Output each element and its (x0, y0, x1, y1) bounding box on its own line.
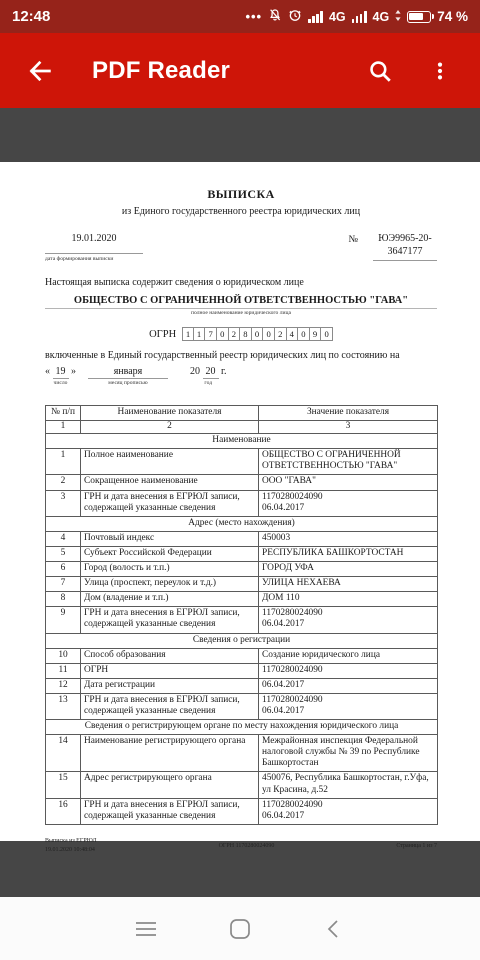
indicator-value: 450003 (259, 531, 438, 546)
year-group: 20 20 г. год (190, 366, 226, 386)
document-subtitle: из Единого государственного реестра юрид… (45, 206, 437, 217)
extract-number-block: № ЮЭ9965-20-3647177 (348, 233, 437, 261)
row-number: 9 (46, 607, 81, 633)
table-row: 12Дата регистрации06.04.2017 (46, 678, 438, 693)
pdf-page: ВЫПИСКА из Единого государственного реес… (0, 162, 480, 841)
indicator-value: 1170280024090 06.04.2017 (259, 490, 438, 516)
indicator-name: ГРН и дата внесения в ЕГРЮЛ записи, соде… (81, 607, 259, 633)
overflow-menu-button[interactable] (422, 53, 458, 89)
home-icon (228, 917, 252, 941)
indicator-name: Город (волость и т.п.) (81, 562, 259, 577)
search-button[interactable] (362, 53, 398, 89)
month-group: января месяц прописью (88, 366, 168, 386)
network-type-label: 4G (329, 10, 346, 24)
extract-number: ЮЭ9965-20-3647177 (373, 233, 437, 261)
row-number: 8 (46, 592, 81, 607)
egrul-table: № п/п Наименование показателя Значение п… (45, 405, 438, 825)
column-header: Наименование показателя (81, 406, 259, 421)
row-number: 7 (46, 577, 81, 592)
table-row: 6Город (волость и т.п.)ГОРОД УФА (46, 562, 438, 577)
indicator-name: Сокращенное наименование (81, 475, 259, 490)
column-header: № п/п (46, 406, 81, 421)
table-header-row: № п/п Наименование показателя Значение п… (46, 406, 438, 421)
ogrn-digit-box: 0 (252, 327, 264, 341)
table-column-numbers-row: 1 2 3 (46, 421, 438, 434)
signal-bars-icon (352, 11, 367, 23)
indicator-value: 06.04.2017 (259, 678, 438, 693)
column-header: Значение показателя (259, 406, 438, 421)
table-row: 8Дом (владение и т.п.)ДОМ 110 (46, 592, 438, 607)
back-button[interactable] (22, 53, 58, 89)
indicator-name: Почтовый индекс (81, 531, 259, 546)
indicator-value: ООО "ГАВА" (259, 475, 438, 490)
included-text: включенные в Единый государственный реес… (45, 350, 437, 361)
year-value: 20 (203, 366, 219, 379)
column-number: 2 (81, 421, 259, 434)
row-number: 6 (46, 562, 81, 577)
egrul-table-body: Наименование1Полное наименованиеОБЩЕСТВО… (46, 434, 438, 825)
month-label: месяц прописью (88, 380, 168, 386)
section-title: Сведения о регистрации (46, 633, 438, 648)
row-number: 3 (46, 490, 81, 516)
table-row: 10Способ образованияСоздание юридическог… (46, 648, 438, 663)
section-title: Адрес (место нахождения) (46, 516, 438, 531)
battery-icon (407, 11, 431, 23)
row-number: 15 (46, 772, 81, 798)
search-icon (367, 58, 393, 84)
indicator-value: 1170280024090 06.04.2017 (259, 693, 438, 719)
indicator-value: Межрайонная инспекция Федеральной налого… (259, 735, 438, 772)
indicator-value: ДОМ 110 (259, 592, 438, 607)
table-row: 2Сокращенное наименованиеООО "ГАВА" (46, 475, 438, 490)
ogrn-digit-box: 1 (194, 327, 206, 341)
ogrn-digit-box: 0 (321, 327, 333, 341)
back-arrow-icon (26, 57, 54, 85)
table-row: 9ГРН и дата внесения в ЕГРЮЛ записи, сод… (46, 607, 438, 633)
indicator-name: Улица (проспект, переулок и т.д.) (81, 577, 259, 592)
status-icons: ••• 4G 4G 74 % (245, 8, 468, 26)
indicator-value: 1170280024090 06.04.2017 (259, 798, 438, 824)
indicator-name: Субъект Российской Федерации (81, 546, 259, 561)
phone-screen: 12:48 ••• 4G 4G 74 % PDF Reader (0, 0, 480, 960)
table-row: 16ГРН и дата внесения в ЕГРЮЛ записи, со… (46, 798, 438, 824)
row-number: 16 (46, 798, 81, 824)
row-number: 1 (46, 449, 81, 475)
indicator-name: Способ образования (81, 648, 259, 663)
bell-muted-icon (268, 8, 282, 26)
footer-ogrn: ОГРН 1170280024090 (219, 843, 275, 849)
row-number: 4 (46, 531, 81, 546)
company-name: ОБЩЕСТВО С ОГРАНИЧЕННОЙ ОТВЕТСТВЕННОСТЬЮ… (45, 295, 437, 309)
ogrn-digit-box: 1 (182, 327, 194, 341)
nav-back-icon (322, 917, 346, 941)
indicator-value: УЛИЦА НЕХАЕВА (259, 577, 438, 592)
extract-date-block: 19.01.2020 дата формирования выписки (45, 233, 143, 262)
signal-bars-icon (308, 11, 323, 23)
section-title: Наименование (46, 434, 438, 449)
indicator-name: ГРН и дата внесения в ЕГРЮЛ записи, соде… (81, 798, 259, 824)
nav-back-button[interactable] (319, 914, 349, 944)
indicator-name: ГРН и дата внесения в ЕГРЮЛ записи, соде… (81, 490, 259, 516)
table-row: 11ОГРН1170280024090 (46, 663, 438, 678)
indicator-name: Дом (владение и т.п.) (81, 592, 259, 607)
extract-date: 19.01.2020 (45, 233, 143, 254)
indicator-name: Наименование регистрирующего органа (81, 735, 259, 772)
ogrn-row: ОГРН 1170280024090 (45, 327, 437, 341)
year-label: год (190, 380, 226, 386)
table-row: 14Наименование регистрирующего органаМеж… (46, 735, 438, 772)
ogrn-digit-box: 0 (217, 327, 229, 341)
ogrn-digit-box: 2 (229, 327, 241, 341)
table-row: 5Субъект Российской ФедерацииРЕСПУБЛИКА … (46, 546, 438, 561)
battery-percent: 74 % (437, 9, 468, 24)
month-value: января (88, 366, 168, 379)
column-number: 3 (259, 421, 438, 434)
table-row: 4Почтовый индекс450003 (46, 531, 438, 546)
indicator-value: 450076, Республика Башкортостан, г.Уфа, … (259, 772, 438, 798)
footer-page-number: Страница 1 из 7 (396, 843, 437, 849)
home-button[interactable] (225, 914, 255, 944)
ogrn-label: ОГРН (149, 329, 176, 340)
android-nav-bar (0, 897, 480, 960)
table-row: 3ГРН и дата внесения в ЕГРЮЛ записи, сод… (46, 490, 438, 516)
footer-left: Выписка из ЕГРЮЛ 19.01.2020 10:48:04 (45, 837, 97, 855)
indicator-value: Создание юридического лица (259, 648, 438, 663)
day-label: число (45, 380, 76, 386)
ogrn-digit-box: 8 (240, 327, 252, 341)
pdf-viewer[interactable]: ВЫПИСКА из Единого государственного реес… (0, 108, 480, 897)
ogrn-digit-box: 7 (205, 327, 217, 341)
indicator-value: 1170280024090 (259, 663, 438, 678)
indicator-value: 1170280024090 06.04.2017 (259, 607, 438, 633)
table-row: 15Адрес регистрирующего органа450076, Ре… (46, 772, 438, 798)
recents-menu-icon (134, 917, 158, 941)
section-title: Сведения о регистрирующем органе по мест… (46, 720, 438, 735)
indicator-value: РЕСПУБЛИКА БАШКОРТОСТАН (259, 546, 438, 561)
alarm-icon (288, 8, 302, 26)
row-number: 5 (46, 546, 81, 561)
ogrn-boxes: 1170280024090 (182, 327, 333, 341)
extract-date-label: дата формирования выписки (45, 256, 143, 262)
recents-button[interactable] (131, 914, 161, 944)
ogrn-digit-box: 0 (298, 327, 310, 341)
ogrn-digit-box: 4 (287, 327, 299, 341)
indicator-value: ГОРОД УФА (259, 562, 438, 577)
data-activity-icon (395, 8, 401, 25)
network-type-label: 4G (373, 10, 390, 24)
row-number: 2 (46, 475, 81, 490)
document-title: ВЫПИСКА (45, 162, 437, 202)
intro-text: Настоящая выписка содержит сведения о юр… (45, 277, 437, 288)
footer-doc-type: Выписка из ЕГРЮЛ (45, 837, 97, 846)
row-number: 11 (46, 663, 81, 678)
footer-timestamp: 19.01.2020 10:48:04 (45, 846, 97, 855)
company-name-label: полное наименование юридического лица (45, 310, 437, 316)
number-sign: № (348, 233, 358, 245)
table-section-row: Адрес (место нахождения) (46, 516, 438, 531)
table-row: 13ГРН и дата внесения в ЕГРЮЛ записи, со… (46, 693, 438, 719)
status-bar: 12:48 ••• 4G 4G 74 % (0, 0, 480, 33)
date-number-row: 19.01.2020 дата формирования выписки № Ю… (45, 233, 437, 262)
indicator-name: ОГРН (81, 663, 259, 678)
as-of-date-row: « 19 » число января месяц прописью 20 20… (45, 366, 437, 386)
day-value: 19 (53, 366, 69, 379)
page-footer: Выписка из ЕГРЮЛ 19.01.2020 10:48:04 ОГР… (45, 837, 437, 855)
indicator-name: Адрес регистрирующего органа (81, 772, 259, 798)
table-row: 7Улица (проспект, переулок и т.д.)УЛИЦА … (46, 577, 438, 592)
overflow-menu-icon (429, 60, 451, 82)
app-bar: PDF Reader (0, 33, 480, 108)
table-section-row: Сведения о регистрирующем органе по мест… (46, 720, 438, 735)
row-number: 10 (46, 648, 81, 663)
table-section-row: Наименование (46, 434, 438, 449)
day-group: « 19 » число (45, 366, 76, 386)
row-number: 14 (46, 735, 81, 772)
indicator-name: ГРН и дата внесения в ЕГРЮЛ записи, соде… (81, 693, 259, 719)
ogrn-digit-box: 0 (263, 327, 275, 341)
row-number: 13 (46, 693, 81, 719)
table-section-row: Сведения о регистрации (46, 633, 438, 648)
notification-overflow-icon: ••• (245, 9, 262, 24)
indicator-name: Полное наименование (81, 449, 259, 475)
column-number: 1 (46, 421, 81, 434)
ogrn-digit-box: 2 (275, 327, 287, 341)
table-row: 1Полное наименованиеОБЩЕСТВО С ОГРАНИЧЕН… (46, 449, 438, 475)
indicator-value: ОБЩЕСТВО С ОГРАНИЧЕННОЙ ОТВЕТСТВЕННОСТЬЮ… (259, 449, 438, 475)
app-title: PDF Reader (92, 57, 230, 85)
row-number: 12 (46, 678, 81, 693)
ogrn-digit-box: 9 (310, 327, 322, 341)
clock: 12:48 (12, 8, 50, 25)
indicator-name: Дата регистрации (81, 678, 259, 693)
